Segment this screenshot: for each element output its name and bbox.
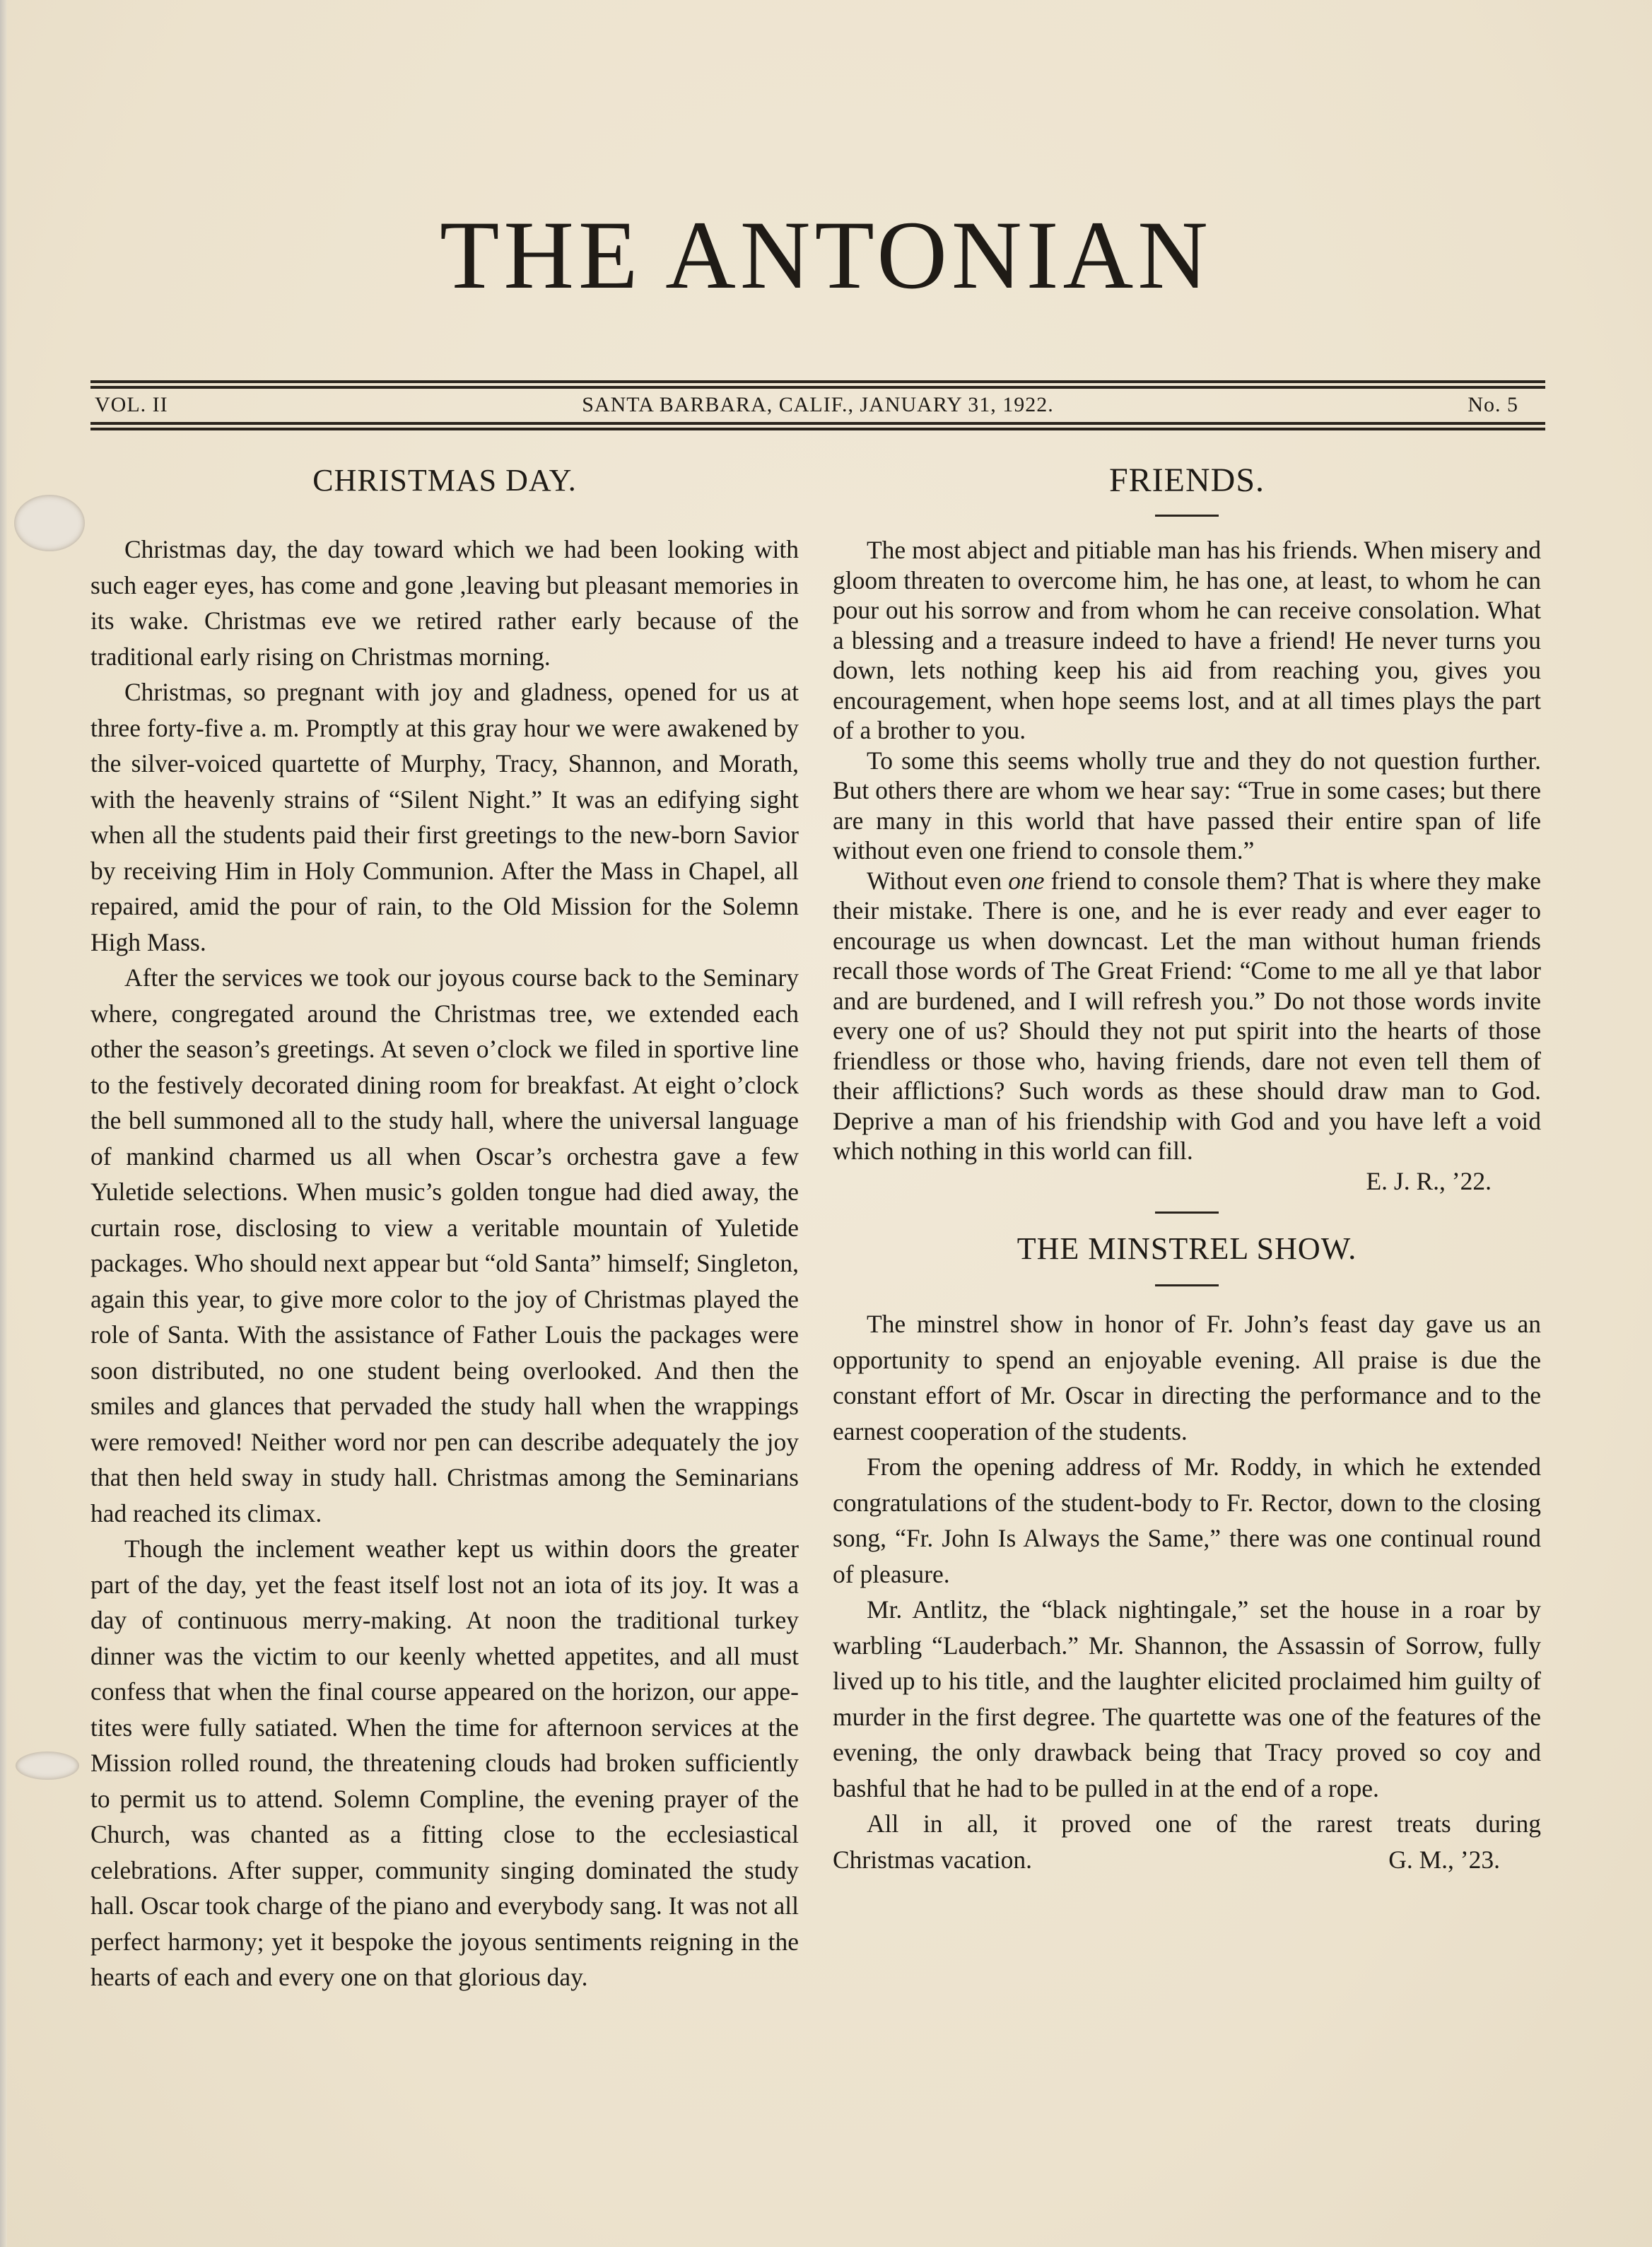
masthead-rule-top — [90, 380, 1545, 389]
paragraph: The most abject and pitiable man has his… — [833, 535, 1541, 746]
paragraph: Though the inclement weather kept us wit… — [90, 1531, 799, 1995]
paper-tear-bottom — [16, 1752, 79, 1780]
column-left: CHRISTMAS DAY. Christmas day, the day to… — [90, 458, 799, 1995]
paragraph: After the services we took our joyous co… — [90, 960, 799, 1531]
paragraph: All in all, it proved one of the rarest … — [833, 1806, 1541, 1842]
headline-minstrel-show: THE MINSTREL SHOW. — [833, 1226, 1541, 1272]
separator-dash — [1155, 1284, 1219, 1286]
place-date: SANTA BARBARA, CALIF., JANUARY 31, 1922. — [90, 392, 1545, 418]
issue-number: No. 5 — [1468, 392, 1518, 418]
paragraph: From the opening address of Mr. Roddy, i… — [833, 1449, 1541, 1592]
emphasis: one — [1008, 867, 1044, 895]
page-edge — [0, 0, 7, 2247]
newspaper-page: THE ANTONIAN VOL. II SANTA BARBARA, CALI… — [0, 0, 1652, 2247]
closing-line: Christmas vacation. G. M., ’23. — [833, 1842, 1541, 1878]
paper-tear-top — [14, 495, 85, 551]
separator-dash — [1155, 1211, 1219, 1214]
column-right: FRIENDS. The most abject and pitiable ma… — [833, 458, 1541, 1877]
text-run: Christmas vacation. — [833, 1842, 1032, 1878]
signature-friends: E. J. R., ’22. — [833, 1166, 1541, 1197]
paragraph: Christmas day, the day toward which we h… — [90, 532, 799, 674]
masthead-rule-bottom — [90, 422, 1545, 430]
headline-friends: FRIENDS. — [833, 458, 1541, 503]
masthead-title: THE ANTONIAN — [0, 206, 1652, 304]
text-run: friend to console them? That is where th… — [833, 867, 1541, 1166]
paragraph: Christmas, so pregnant with joy and glad… — [90, 674, 799, 960]
separator-dash — [1155, 515, 1219, 517]
headline-christmas-day: CHRISTMAS DAY. — [90, 458, 799, 503]
paragraph: Without even one friend to console them?… — [833, 866, 1541, 1166]
paragraph: To some this seems wholly true and they … — [833, 746, 1541, 866]
signature-minstrel: G. M., ’23. — [1388, 1842, 1500, 1878]
text-run: Without even — [867, 867, 1008, 895]
paragraph: The minstrel show in honor of Fr. John’s… — [833, 1306, 1541, 1449]
paragraph: Mr. Antlitz, the “black nightingale,” se… — [833, 1592, 1541, 1806]
